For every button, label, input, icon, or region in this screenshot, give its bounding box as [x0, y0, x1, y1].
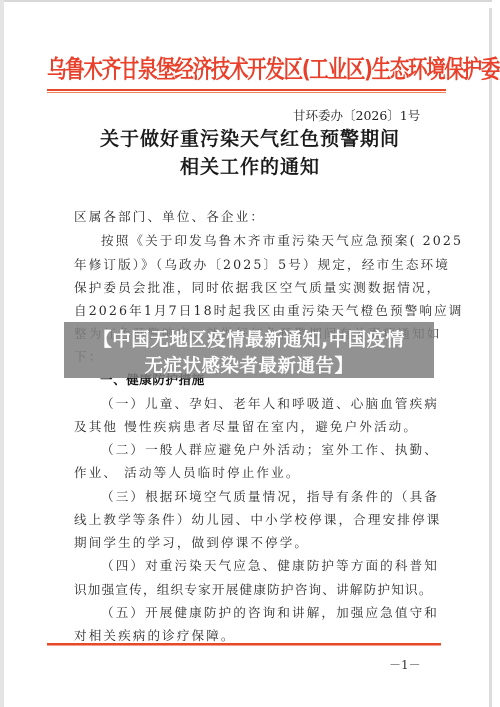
list-item-line: 及其他 慢性疾病患者尽量留在室内，避免户外活动。 [74, 416, 418, 435]
headline-overlay-line-1: 【中国无地区疫情最新通知,中国疫情 [64, 326, 434, 352]
intro-line: 按照《关于印发乌鲁木齐市重污染天气应急预案( 2025 [101, 230, 463, 249]
masthead-red-rule-thin [47, 92, 446, 93]
list-item-line: 期间学生的学习，做到停课不停学。 [74, 532, 309, 551]
list-item-line: （三）根据环境空气质量情况，指导有条件的（具备 [101, 486, 439, 505]
intro-line: 保护委员会批准，同时依据我区空气质量实测数据情况， [74, 277, 441, 296]
masthead-title: 乌鲁木齐甘泉堡经济技术开发区(工业区)生态环境保护委员会办公室 [47, 50, 447, 85]
page-frame-top [0, 0, 500, 2]
footer-red-rule-shadow [47, 645, 441, 646]
document-title-line-2: 相关工作的通知 [0, 152, 500, 179]
list-item-line: 作业、 活动等人员临时停止作业。 [74, 462, 301, 481]
list-item-line: （一）儿童、孕妇、老年人和呼吸道、心脑血管疾病 [101, 393, 439, 412]
document-title-line-1: 关于做好重污染天气红色预警期间 [0, 124, 500, 151]
page-frame-right-margin [492, 0, 500, 707]
list-item-line: 对相关疾病的诊疗保障。 [74, 625, 236, 644]
list-item-line: （二）一般人群应避免户外活动；室外工作、执勤、 [101, 439, 439, 458]
salutation: 区属各部门、单位、各企业： [74, 206, 265, 225]
list-item-line: （五）开展健康防护的咨询和讲解，加强应急值守和 [101, 602, 439, 621]
document-number: 甘环委办〔2026〕1号 [293, 106, 420, 124]
masthead-red-rule [47, 89, 446, 91]
list-item-line: 线上教学等条件）幼儿园、中小学校停课，合理安排停课 [74, 509, 441, 528]
list-item-line: 识加强宣传，组织专家开展健康防护咨询、讲解防护知识。 [74, 579, 433, 598]
intro-line: 自2026年1月7日18时起我区由重污染天气橙色预警响应调 [74, 300, 463, 319]
page-frame-right [489, 8, 492, 707]
list-item-line: （四）对重污染天气应急、健康防护等方面的科普知 [101, 555, 439, 574]
page-frame-left [0, 0, 4, 707]
headline-overlay-line-2: 无症状感染者最新通告】 [64, 352, 434, 378]
page-number: －1－ [389, 656, 421, 673]
intro-line: 年修订版）》（乌政办〔2025〕5号）规定，经市生态环境 [74, 254, 450, 273]
